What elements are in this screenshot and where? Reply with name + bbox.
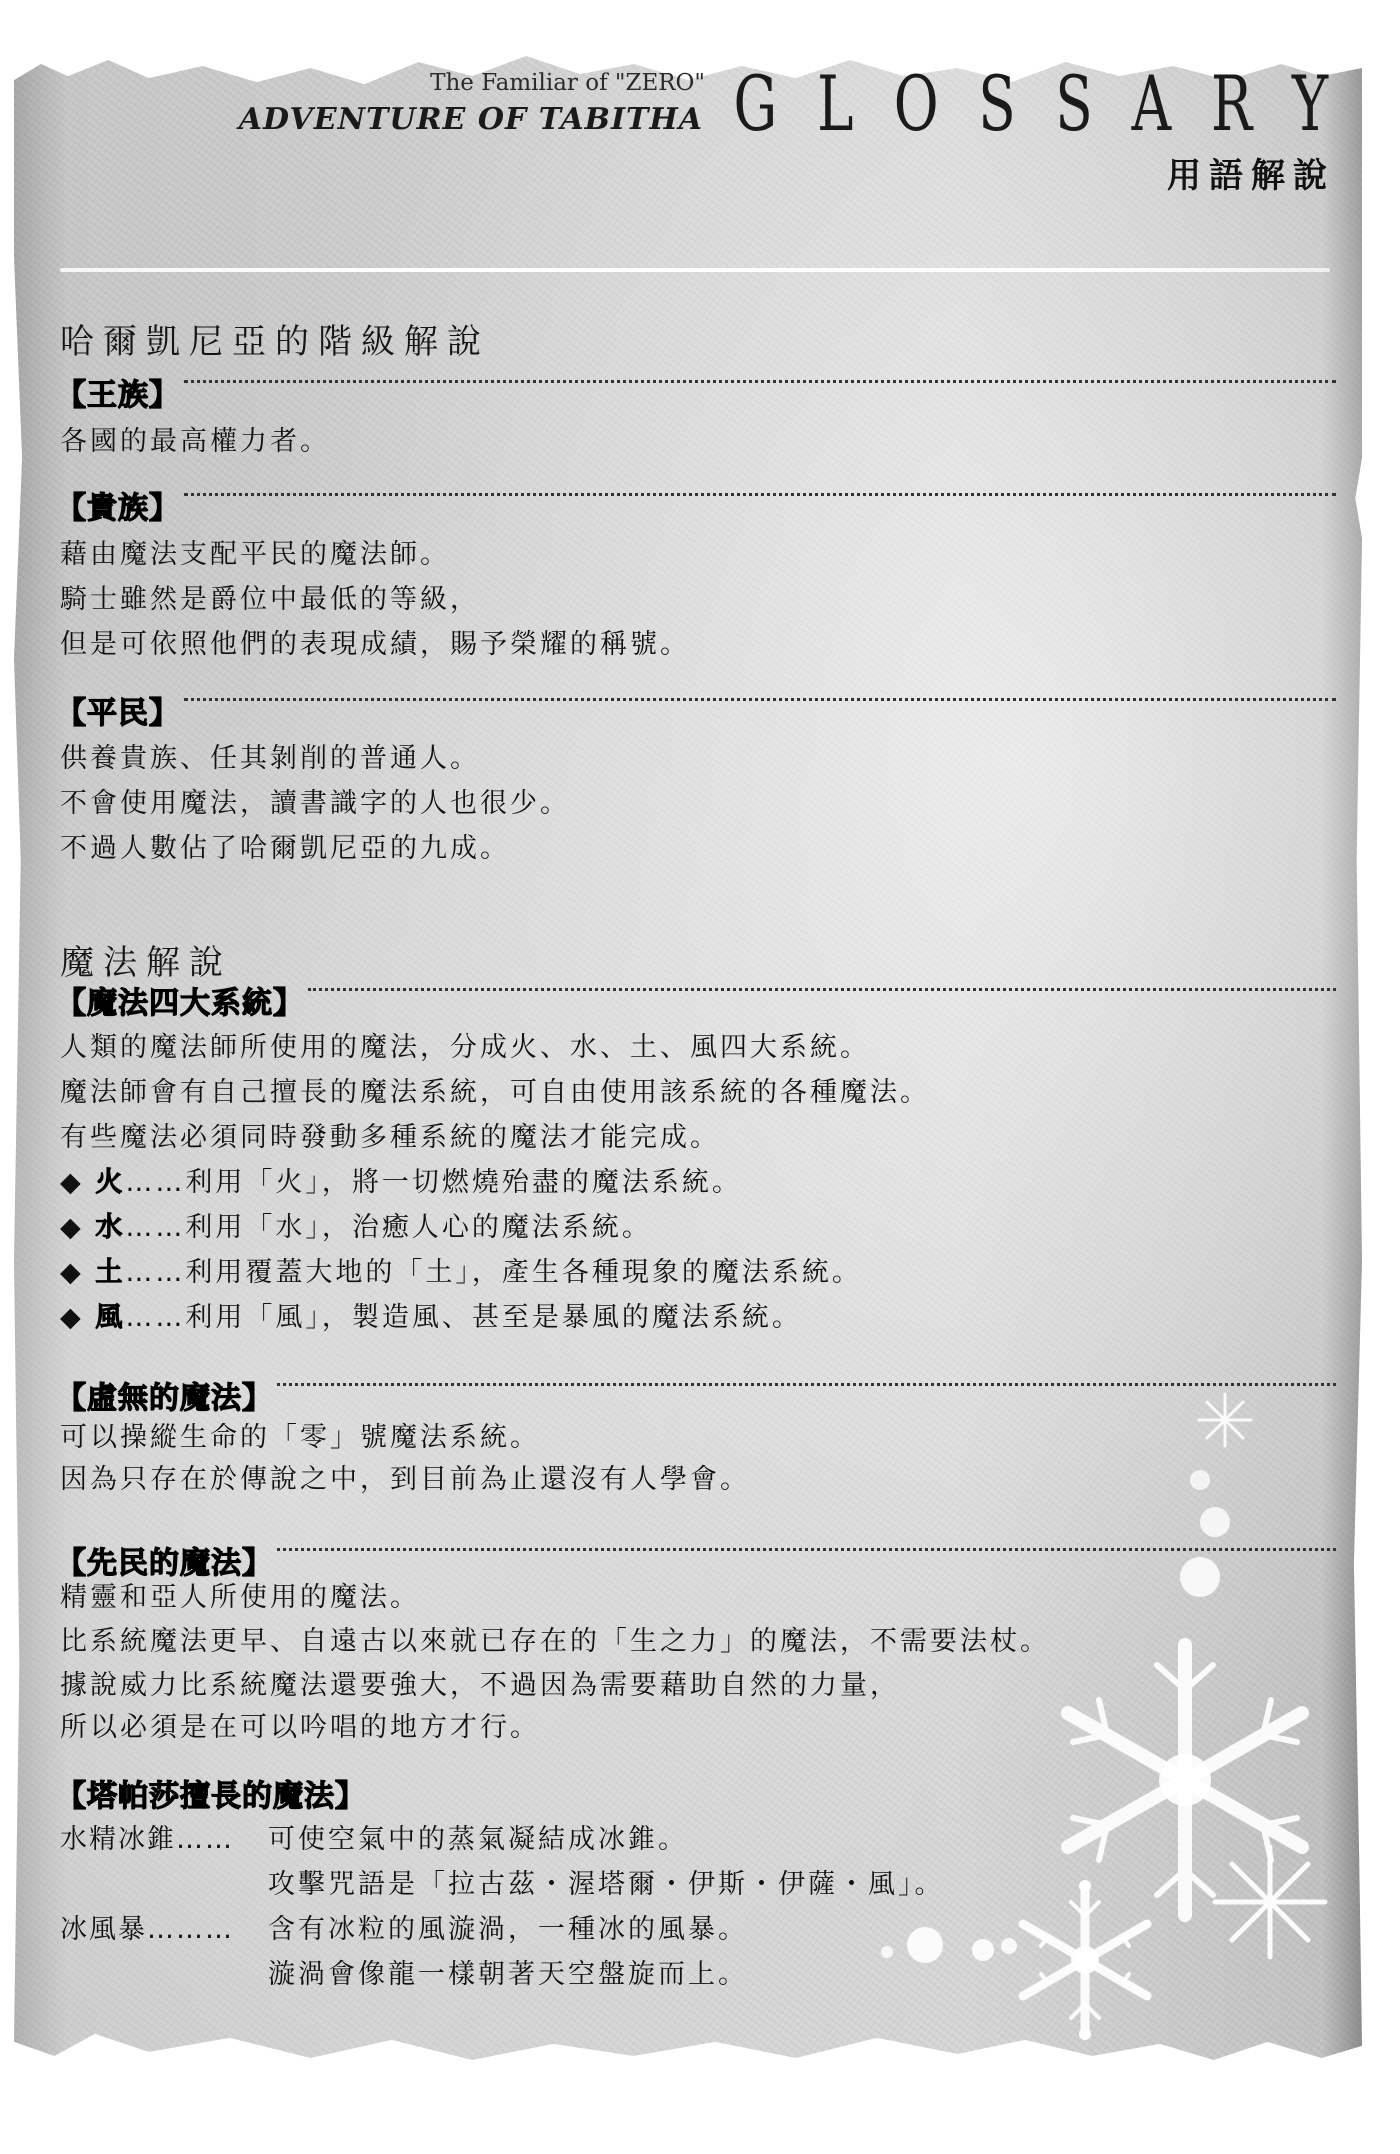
glossary-letter: R xyxy=(1211,66,1252,142)
body-line: 各國的最高權力者。 xyxy=(60,425,330,459)
glossary-letter: G xyxy=(734,66,778,142)
sparkle-icon xyxy=(1210,1842,1330,1962)
diamond-bullet-icon: ◆ xyxy=(60,1257,84,1288)
element-bullet-water: ◆ 水……利用「水」，治癒人心的魔法系統。 xyxy=(60,1211,652,1245)
spell-desc: 含有冰粒的風漩渦，一種冰的風暴。 xyxy=(268,1913,748,1947)
snow-dot-icon xyxy=(1198,1505,1232,1539)
spell-name-ice-spear: 水精冰錐…… xyxy=(60,1823,234,1857)
term-label: 【平民】 xyxy=(56,688,180,732)
term-heading-void-magic: 【虛無的魔法】 xyxy=(56,1375,1336,1415)
element-desc: ……利用「火」，將一切燃燒殆盡的魔法系統。 xyxy=(125,1167,742,1198)
element-key: 土 xyxy=(95,1257,125,1288)
glossary-subtitle-jp: 用語解說 xyxy=(1130,148,1335,197)
body-line: 但是可依照他們的表現成績，賜予榮耀的稱號。 xyxy=(60,628,690,662)
element-desc: ……利用「風」，製造風、甚至是暴風的魔法系統。 xyxy=(125,1302,802,1333)
spell-name-ice-storm: 冰風暴……… xyxy=(60,1913,234,1947)
glossary-letter: O xyxy=(893,66,938,142)
element-bullet-earth: ◆ 土……利用覆蓋大地的「土」，產生各種現象的魔法系統。 xyxy=(60,1256,862,1290)
glossary-letter: A xyxy=(1132,66,1172,142)
element-key: 火 xyxy=(95,1167,125,1198)
element-key: 水 xyxy=(95,1212,125,1243)
body-line: 不過人數佔了哈爾凱尼亞的九成。 xyxy=(60,832,510,866)
body-line: 騎士雖然是爵位中最低的等級， xyxy=(60,583,480,617)
element-desc: ……利用「水」，治癒人心的魔法系統。 xyxy=(125,1212,652,1243)
snow-dot-icon xyxy=(905,1925,945,1965)
element-key: 風 xyxy=(95,1302,125,1333)
dotted-leader xyxy=(184,493,1336,496)
spell-desc: 漩渦會像龍一樣朝著天空盤旋而上。 xyxy=(268,1958,748,1992)
snow-dot-icon xyxy=(1188,1468,1212,1492)
body-line: 魔法師會有自己擅長的魔法系統，可自由使用該系統的各種魔法。 xyxy=(60,1076,930,1110)
diamond-bullet-icon: ◆ xyxy=(60,1302,84,1333)
glossary-letter: L xyxy=(817,66,853,142)
dotted-leader xyxy=(277,1548,1336,1551)
term-label: 【虛無的魔法】 xyxy=(56,1373,273,1417)
glossary-letter: S xyxy=(1055,66,1092,142)
term-heading-four-elements: 【魔法四大系統】 xyxy=(56,980,1336,1020)
term-label: 【魔法四大系統】 xyxy=(56,978,304,1022)
body-line: 因為只存在於傳說之中，到目前為止還沒有人學會。 xyxy=(60,1463,750,1497)
body-line: 所以必須是在可以吟唱的地方才行。 xyxy=(60,1711,540,1745)
element-bullet-fire: ◆ 火……利用「火」，將一切燃燒殆盡的魔法系統。 xyxy=(60,1166,742,1200)
term-label: 【王族】 xyxy=(56,370,180,414)
body-line: 可以操縱生命的「零」號魔法系統。 xyxy=(60,1421,540,1455)
snow-dot-icon xyxy=(880,1945,894,1959)
term-heading-ancient-magic: 【先民的魔法】 xyxy=(56,1540,1336,1580)
book-subtitle: The Familiar of "ZERO" xyxy=(395,70,705,96)
glossary-letter: S xyxy=(979,66,1016,142)
term-heading-nobility: 【貴族】 xyxy=(56,485,1336,525)
term-label: 【先民的魔法】 xyxy=(56,1538,273,1582)
snow-dot-icon xyxy=(970,1937,996,1963)
section-title-magic: 魔法解說 xyxy=(60,935,232,984)
spell-desc: 攻擊咒語是「拉古茲・渥塔爾・伊斯・伊薩・風」。 xyxy=(268,1868,945,1902)
body-line: 據說威力比系統魔法還要強大，不過因為需要藉助自然的力量， xyxy=(60,1669,900,1703)
term-label: 【貴族】 xyxy=(56,483,180,527)
spell-desc: 可使空氣中的蒸氣凝結成冰錐。 xyxy=(268,1823,688,1857)
body-line: 比系統魔法更早、自遠古以來就已存在的「生之力」的魔法，不需要法杖。 xyxy=(60,1625,1050,1659)
dotted-leader xyxy=(277,1383,1336,1386)
dotted-leader xyxy=(184,380,1336,383)
diamond-bullet-icon: ◆ xyxy=(60,1167,84,1198)
snow-dot-icon xyxy=(1000,1937,1018,1955)
header-divider xyxy=(60,268,1330,272)
term-label: 【塔帕莎擅長的魔法】 xyxy=(56,1771,366,1815)
glossary-title: G L O S S A R Y xyxy=(725,66,1335,142)
body-line: 精靈和亞人所使用的魔法。 xyxy=(60,1581,420,1615)
section-title-class-system: 哈爾凱尼亞的階級解說 xyxy=(60,314,490,363)
term-heading-commoners: 【平民】 xyxy=(56,690,1336,730)
body-line: 人類的魔法師所使用的魔法，分成火、水、土、風四大系統。 xyxy=(60,1031,870,1065)
term-heading-royalty: 【王族】 xyxy=(56,372,1336,412)
series-title: ADVENTURE OF TABITHA xyxy=(228,102,703,137)
diamond-bullet-icon: ◆ xyxy=(60,1212,84,1243)
body-line: 有些魔法必須同時發動多種系統的魔法才能完成。 xyxy=(60,1121,720,1155)
element-desc: ……利用覆蓋大地的「土」，產生各種現象的魔法系統。 xyxy=(125,1257,862,1288)
dotted-leader xyxy=(184,698,1336,701)
ornate-snowflake-icon xyxy=(1010,1880,1160,2040)
term-heading-tabitha-magic: 【塔帕莎擅長的魔法】 xyxy=(56,1773,1336,1813)
body-line: 不會使用魔法，讀書識字的人也很少。 xyxy=(60,787,570,821)
body-line: 藉由魔法支配平民的魔法師。 xyxy=(60,538,450,572)
glossary-letter: Y xyxy=(1292,66,1328,142)
element-bullet-wind: ◆ 風……利用「風」，製造風、甚至是暴風的魔法系統。 xyxy=(60,1301,802,1335)
body-line: 供養貴族、任其剝削的普通人。 xyxy=(60,742,480,776)
dotted-leader xyxy=(308,988,1336,991)
